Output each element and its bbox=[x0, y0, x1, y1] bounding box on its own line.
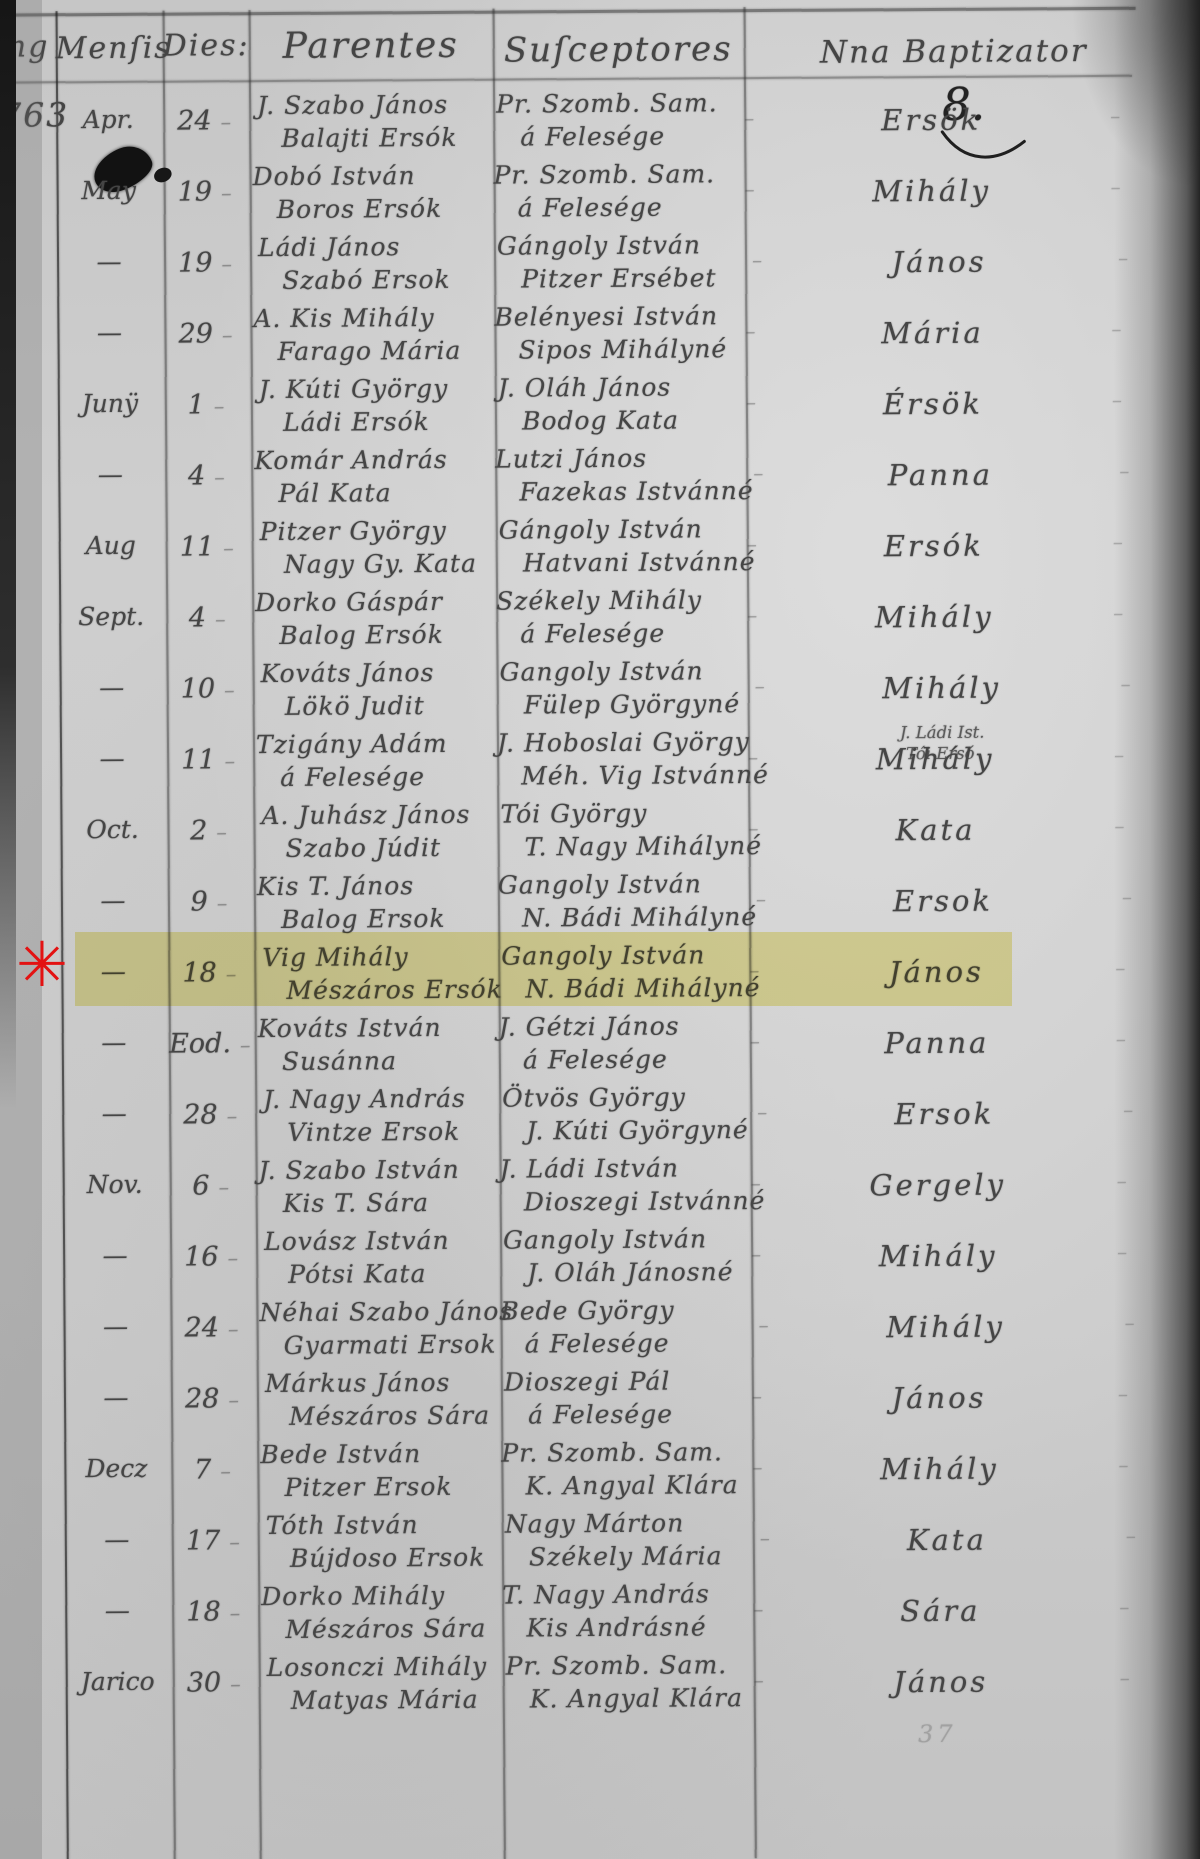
susceptores-line: T. Nagy András bbox=[502, 1577, 752, 1612]
table-row: Oct. 2 A. Juhász János Szabo Júdit Tói G… bbox=[60, 793, 1120, 869]
table-row: — 10 Kováts János Lökö Judit Gangoly Ist… bbox=[59, 651, 1119, 727]
susceptores-line: Méh. Vig Istvánné bbox=[497, 758, 747, 793]
register-page-scan: mg Menſis Dies: Parentes Suſceptores Nna… bbox=[0, 0, 1200, 1859]
parentes-line: Farago Mária bbox=[253, 334, 495, 368]
susceptores-cell: Bede György á Felesége bbox=[500, 1293, 750, 1361]
baptized-name-cell: Ersok bbox=[758, 883, 1128, 919]
susceptores-line: Belényesi István bbox=[494, 299, 744, 334]
parentes-line: Dorko Gáspár bbox=[255, 585, 497, 619]
day-cell: 7 bbox=[168, 1454, 256, 1486]
header-dies: Dies: bbox=[163, 28, 249, 64]
baptized-name-cell: Mihály bbox=[753, 1238, 1123, 1274]
susceptores-line: J. Oláh János bbox=[498, 370, 748, 405]
month-cell: — bbox=[65, 1525, 169, 1555]
parentes-cell: Kis T. János Balog Ersok bbox=[257, 869, 499, 936]
day-cell: 18 bbox=[169, 1596, 257, 1628]
susceptores-line: Gangoly István bbox=[499, 654, 749, 689]
susceptores-line: Nagy Márton bbox=[505, 1506, 755, 1541]
susceptores-line: Dioszegi Istvánné bbox=[500, 1184, 750, 1219]
table-row: — 19 Ládi János Szabó Ersok Gángoly Istv… bbox=[57, 225, 1117, 301]
susceptores-line: Ötvös György bbox=[502, 1080, 752, 1115]
month-cell: — bbox=[64, 1383, 168, 1413]
parentes-line: Szabó Ersok bbox=[258, 263, 500, 297]
parentes-line: Vintze Ersok bbox=[263, 1115, 505, 1149]
susceptores-line: Gangoly István bbox=[503, 1222, 753, 1257]
month-cell: — bbox=[60, 744, 164, 774]
susceptores-cell: Belényesi István Sipos Mihályné bbox=[494, 299, 744, 367]
parentes-line: Kis T. Sára bbox=[259, 1186, 501, 1220]
day-cell: 1 bbox=[162, 389, 250, 421]
month-cell: — bbox=[65, 1596, 169, 1626]
susceptores-line: Fazekas Istvánné bbox=[495, 474, 745, 509]
susceptores-cell: J. Oláh János Bodog Kata bbox=[498, 370, 748, 438]
month-cell: — bbox=[63, 1241, 167, 1271]
table-row: — 29 A. Kis Mihály Farago Mária Belényes… bbox=[57, 296, 1117, 372]
susceptores-cell: T. Nagy András Kis Andrásné bbox=[502, 1577, 752, 1645]
parentes-line: Pitzer György bbox=[260, 514, 502, 548]
susceptores-line: Fülep Györgyné bbox=[500, 687, 750, 722]
parentes-cell: A. Juhász János Szabo Júdit bbox=[261, 798, 503, 865]
susceptores-line: Dioszegi Pál bbox=[504, 1364, 754, 1399]
parentes-cell: Komár András Pál Kata bbox=[254, 443, 496, 510]
susceptores-line: Gángoly István bbox=[497, 228, 747, 263]
susceptores-cell: Pr. Szomb. Sam. á Felesége bbox=[496, 86, 746, 154]
day-cell: 24 bbox=[167, 1312, 255, 1344]
register-entries: Apr. 24 J. Szabo János Balajti Ersók Pr.… bbox=[0, 0, 1195, 4]
parentes-cell: A. Kis Mihály Farago Mária bbox=[253, 301, 495, 368]
month-cell: Nov. bbox=[63, 1170, 167, 1200]
day-cell: 6 bbox=[167, 1170, 255, 1202]
table-row: — 4 Komár András Pál Kata Lutzi János Fa… bbox=[58, 438, 1118, 514]
baptized-name-cell: Sára bbox=[755, 1593, 1125, 1629]
parentes-cell: Néhai Szabo János Gyarmati Ersok bbox=[259, 1295, 501, 1362]
parentes-line: Dorko Mihály bbox=[261, 1579, 503, 1613]
parentes-line: Balog Ersok bbox=[257, 902, 499, 936]
parentes-line: Ládi János bbox=[258, 230, 500, 264]
parentes-line: Matyas Mária bbox=[267, 1683, 509, 1717]
susceptores-line: Pr. Szomb. Sam. bbox=[501, 1435, 751, 1470]
book-binding-shadow bbox=[1114, 0, 1200, 1859]
day-cell: 28 bbox=[168, 1383, 256, 1415]
susceptores-line: K. Angyal Klára bbox=[501, 1468, 751, 1503]
parentes-cell: Dorko Gáspár Balog Ersók bbox=[255, 585, 497, 652]
baptized-name-cell: Mihály bbox=[757, 670, 1127, 706]
parentes-cell: J. Nagy András Vintze Ersok bbox=[263, 1082, 505, 1149]
day-cell: 17 bbox=[169, 1525, 257, 1557]
day-cell: 19 bbox=[161, 176, 249, 208]
susceptores-cell: Pr. Szomb. Sam. á Felesége bbox=[493, 157, 743, 225]
parentes-line: Szabo Júdit bbox=[262, 831, 504, 865]
parentes-line: Nagy Gy. Kata bbox=[260, 547, 502, 581]
parentes-cell: Dobó István Boros Ersók bbox=[252, 159, 494, 226]
parentes-line: A. Kis Mihály bbox=[253, 301, 495, 335]
baptized-name-cell: Ersok bbox=[759, 1096, 1129, 1132]
month-cell: Oct. bbox=[60, 815, 164, 845]
month-cell: Sept. bbox=[59, 602, 163, 632]
parentes-cell: Bede István Pitzer Ersok bbox=[260, 1437, 502, 1504]
susceptores-cell: J. Hoboslai György Méh. Vig Istvánné bbox=[497, 725, 747, 793]
month-cell: — bbox=[62, 1099, 166, 1129]
baptized-name-cell: Mihály bbox=[754, 1451, 1124, 1487]
baptized-name-cell: Panna bbox=[755, 457, 1125, 493]
susceptores-line: Székely Mária bbox=[505, 1539, 755, 1574]
day-cell: 16 bbox=[167, 1241, 255, 1273]
susceptores-cell: Dioszegi Pál á Felesége bbox=[504, 1364, 754, 1432]
parentes-cell: Ládi János Szabó Ersok bbox=[258, 230, 500, 297]
susceptores-cell: Pr. Szomb. Sam. K. Angyal Klára bbox=[506, 1648, 756, 1716]
baptized-name-cell: Panna bbox=[752, 1025, 1122, 1061]
parentes-line: Gyarmati Ersok bbox=[260, 1328, 502, 1362]
parentes-cell: Dorko Mihály Mészáros Sára bbox=[261, 1579, 503, 1646]
table-top-rule bbox=[0, 7, 1136, 17]
table-row: Decz 7 Bede István Pitzer Ersok Pr. Szom… bbox=[64, 1432, 1124, 1508]
parentes-line: Mészáros Sára bbox=[261, 1612, 503, 1646]
page-corner-shadow bbox=[1070, 0, 1200, 190]
susceptores-line: á Felesége bbox=[494, 190, 744, 225]
susceptores-cell: Gángoly István Pitzer Ersébet bbox=[497, 228, 747, 296]
parentes-cell: Lovász István Pótsi Kata bbox=[264, 1224, 506, 1291]
row-highlight bbox=[75, 932, 1012, 1006]
parentes-line: Losonczi Mihály bbox=[267, 1650, 509, 1684]
table-row: May 19 Dobó István Boros Ersók Pr. Szomb… bbox=[56, 154, 1116, 230]
parentes-line: A. Juhász János bbox=[261, 798, 503, 832]
susceptores-line: J. Gétzi János bbox=[499, 1009, 749, 1044]
parentes-line: Tzigány Adám bbox=[256, 727, 498, 761]
month-cell: Junÿ bbox=[58, 389, 162, 419]
parentes-line: J. Szabo János bbox=[257, 88, 499, 122]
parentes-line: Boros Ersók bbox=[253, 192, 495, 226]
month-cell: Apr. bbox=[56, 105, 160, 135]
day-cell: 19 bbox=[161, 247, 249, 279]
parentes-line: Ládi Ersók bbox=[259, 405, 501, 439]
table-row: Jarico 30 Losonczi Mihály Matyas Mária P… bbox=[66, 1645, 1126, 1721]
parentes-line: Néhai Szabo János bbox=[259, 1295, 501, 1329]
susceptores-line: K. Angyal Klára bbox=[506, 1681, 756, 1716]
parentes-cell: J. Szabo István Kis T. Sára bbox=[259, 1153, 501, 1220]
baptized-name-cell: Érsök bbox=[748, 386, 1118, 422]
susceptores-line: Lutzi János bbox=[495, 441, 745, 476]
month-cell: — bbox=[58, 460, 162, 490]
table-row: Sept. 4 Dorko Gáspár Balog Ersók Székely… bbox=[59, 580, 1119, 656]
susceptores-line: Gangoly István bbox=[498, 867, 748, 902]
scan-left-edge bbox=[0, 0, 16, 1110]
table-row: — 9 Kis T. János Balog Ersok Gangoly Ist… bbox=[61, 864, 1121, 940]
day-cell: 29 bbox=[161, 318, 249, 350]
scan-ink-layer: mg Menſis Dies: Parentes Suſceptores Nna… bbox=[0, 0, 1200, 1859]
table-row: — 16 Lovász István Pótsi Kata Gangoly Is… bbox=[63, 1219, 1123, 1295]
day-cell: 24 bbox=[160, 105, 248, 137]
month-cell: — bbox=[63, 1312, 167, 1342]
parentes-line: Pál Kata bbox=[254, 476, 496, 510]
parentes-line: Balajti Ersók bbox=[257, 121, 499, 155]
parentes-line: Lökö Judit bbox=[261, 689, 503, 723]
month-cell: May bbox=[57, 176, 161, 206]
baptized-name-cell: Mihály bbox=[749, 599, 1119, 635]
month-cell: Aug bbox=[59, 531, 163, 561]
highlight-marker-asterisk: ✳ bbox=[16, 934, 68, 996]
parentes-line: Dobó István bbox=[252, 159, 494, 193]
susceptores-line: Pitzer Ersébet bbox=[497, 261, 747, 296]
table-row: Nov. 6 J. Szabo István Kis T. Sára J. Lá… bbox=[62, 1148, 1122, 1224]
susceptores-line: á Felesége bbox=[501, 1326, 751, 1361]
parentes-line: Kováts István bbox=[258, 1011, 500, 1045]
parentes-cell: Tóth István Bújdoso Ersok bbox=[266, 1508, 508, 1575]
parentes-cell: J. Szabo János Balajti Ersók bbox=[257, 88, 499, 155]
susceptores-line: Bede György bbox=[500, 1293, 750, 1328]
parentes-line: Tóth István bbox=[266, 1508, 508, 1542]
parentes-line: Lovász István bbox=[264, 1224, 506, 1258]
baptized-name-cell: Gergely bbox=[753, 1167, 1123, 1203]
susceptores-line: Pr. Szomb. Sam. bbox=[506, 1648, 756, 1683]
susceptores-line: J. Oláh Jánosné bbox=[503, 1255, 753, 1290]
day-cell: 28 bbox=[166, 1099, 254, 1131]
table-row: Aug 11 Pitzer György Nagy Gy. Kata Gángo… bbox=[59, 509, 1119, 585]
day-cell: 11 bbox=[163, 531, 251, 563]
header-mensis: Menſis bbox=[56, 31, 163, 67]
day-cell: 2 bbox=[164, 815, 252, 847]
susceptores-line: á Felesége bbox=[496, 616, 746, 651]
table-row: — 18 Dorko Mihály Mészáros Sára T. Nagy … bbox=[65, 1574, 1125, 1650]
susceptores-line: Hatvani Istvánné bbox=[499, 545, 749, 580]
susceptores-cell: Gangoly István Fülep Györgyné bbox=[499, 654, 749, 722]
susceptores-line: J. Hoboslai György bbox=[497, 725, 747, 760]
parentes-line: Balog Ersók bbox=[255, 618, 497, 652]
susceptores-line: Pr. Szomb. Sam. bbox=[496, 86, 746, 121]
day-cell: Eod. bbox=[166, 1028, 254, 1060]
month-cell: Decz bbox=[64, 1454, 168, 1484]
baptized-name-cell: János bbox=[754, 1380, 1124, 1416]
susceptores-cell: Lutzi János Fazekas Istvánné bbox=[495, 441, 745, 509]
baptized-name-cell: Ersök bbox=[746, 102, 1116, 138]
parentes-cell: Pitzer György Nagy Gy. Kata bbox=[260, 514, 502, 581]
month-cell: — bbox=[57, 318, 161, 348]
month-cell: — bbox=[57, 247, 161, 277]
baptized-name-cell: Kata bbox=[750, 812, 1120, 848]
susceptores-line: Sipos Mihályné bbox=[494, 332, 744, 367]
susceptores-line: J. Kúti Györgyné bbox=[502, 1113, 752, 1148]
table-row: Junÿ 1 J. Kúti György Ládi Ersók J. Oláh… bbox=[58, 367, 1118, 443]
table-row: — 24 Néhai Szabo János Gyarmati Ersok Be… bbox=[63, 1290, 1123, 1366]
parentes-line: J. Nagy András bbox=[263, 1082, 505, 1116]
susceptores-line: Gángoly István bbox=[499, 512, 749, 547]
parentes-line: Pótsi Kata bbox=[264, 1257, 506, 1291]
baptized-name-cell: János bbox=[754, 244, 1124, 280]
parentes-cell: Tzigány Adám á Felesége bbox=[256, 727, 498, 794]
baptized-name-cell: Mihály bbox=[747, 173, 1117, 209]
day-cell: 11 bbox=[164, 744, 252, 776]
parentes-cell: Kováts János Lökö Judit bbox=[260, 656, 502, 723]
susceptores-cell: J. Gétzi János á Felesége bbox=[499, 1009, 749, 1077]
parentes-line: Komár András bbox=[254, 443, 496, 477]
day-cell: 4 bbox=[162, 460, 250, 492]
susceptores-cell: Pr. Szomb. Sam. K. Angyal Klára bbox=[501, 1435, 751, 1503]
susceptores-line: Pr. Szomb. Sam. bbox=[493, 157, 743, 192]
parentes-line: J. Szabo István bbox=[259, 1153, 501, 1187]
susceptores-line: Kis Andrásné bbox=[502, 1610, 752, 1645]
susceptores-line: á Felesége bbox=[499, 1042, 749, 1077]
table-row: — 11 Tzigány Adám á Felesége J. Hoboslai… bbox=[60, 722, 1120, 798]
baptized-name-cell: Kata bbox=[762, 1522, 1132, 1558]
susceptores-cell: Gangoly István N. Bádi Mihályné bbox=[498, 867, 748, 935]
header-parentes: Parentes bbox=[249, 25, 493, 67]
day-cell: 4 bbox=[163, 602, 251, 634]
parentes-cell: Kováts István Susánna bbox=[258, 1011, 500, 1078]
susceptores-line: J. Ládi István bbox=[499, 1151, 749, 1186]
baptized-name-cell: Mihály bbox=[750, 741, 1120, 777]
day-cell: 30 bbox=[170, 1667, 258, 1699]
month-cell: — bbox=[61, 886, 165, 916]
susceptores-line: Tói György bbox=[500, 796, 750, 831]
parentes-line: Mészáros Sára bbox=[265, 1399, 507, 1433]
parentes-cell: Márkus János Mészáros Sára bbox=[265, 1366, 507, 1433]
parentes-line: á Felesége bbox=[256, 760, 498, 794]
susceptores-cell: Nagy Márton Székely Mária bbox=[505, 1506, 755, 1574]
parentes-cell: J. Kúti György Ládi Ersók bbox=[259, 372, 501, 439]
susceptores-line: Bodog Kata bbox=[498, 403, 748, 438]
parentes-line: Kováts János bbox=[260, 656, 502, 690]
table-row: — Eod. Kováts István Susánna J. Gétzi Já… bbox=[62, 1006, 1122, 1082]
susceptores-cell: J. Ládi István Dioszegi Istvánné bbox=[499, 1151, 749, 1219]
parentes-line: Márkus János bbox=[265, 1366, 507, 1400]
header-susceptores: Suſceptores bbox=[493, 29, 744, 71]
table-row: — 28 Márkus János Mészáros Sára Dioszegi… bbox=[64, 1361, 1124, 1437]
month-cell: — bbox=[60, 673, 164, 703]
parentes-line: Bújdoso Ersok bbox=[266, 1541, 508, 1575]
susceptores-line: á Felesége bbox=[504, 1397, 754, 1432]
susceptores-cell: Székely Mihály á Felesége bbox=[496, 583, 746, 651]
month-cell: Jarico bbox=[66, 1667, 170, 1697]
day-cell: 9 bbox=[165, 886, 253, 918]
parentes-line: J. Kúti György bbox=[259, 372, 501, 406]
table-row: — 17 Tóth István Bújdoso Ersok Nagy Márt… bbox=[65, 1503, 1125, 1579]
parentes-line: Susánna bbox=[258, 1044, 500, 1078]
susceptores-cell: Gangoly István J. Oláh Jánosné bbox=[503, 1222, 753, 1290]
susceptores-cell: Ötvös György J. Kúti Györgyné bbox=[502, 1080, 752, 1148]
month-cell: — bbox=[62, 1028, 166, 1058]
parentes-cell: Losonczi Mihály Matyas Mária bbox=[267, 1650, 509, 1717]
susceptores-cell: Tói György T. Nagy Mihályné bbox=[500, 796, 750, 864]
parentes-line: Kis T. János bbox=[257, 869, 499, 903]
footer-mark: 37 bbox=[918, 1720, 957, 1748]
baptized-name-cell: Mária bbox=[747, 315, 1117, 351]
baptized-name-cell: Ersók bbox=[749, 528, 1119, 564]
susceptores-line: á Felesége bbox=[496, 119, 746, 154]
susceptores-line: T. Nagy Mihályné bbox=[501, 829, 751, 864]
baptized-name-cell: Mihály bbox=[760, 1309, 1130, 1345]
parentes-line: Pitzer Ersok bbox=[260, 1470, 502, 1504]
susceptores-line: Székely Mihály bbox=[496, 583, 746, 618]
susceptores-cell: Gángoly István Hatvani Istvánné bbox=[499, 512, 749, 580]
day-cell: 10 bbox=[164, 673, 252, 705]
table-row: Apr. 24 J. Szabo János Balajti Ersók Pr.… bbox=[56, 83, 1116, 159]
susceptores-line: N. Bádi Mihályné bbox=[498, 900, 748, 935]
baptized-name-cell: János bbox=[756, 1664, 1126, 1700]
table-row: — 28 J. Nagy András Vintze Ersok Ötvös G… bbox=[62, 1077, 1122, 1153]
parentes-line: Bede István bbox=[260, 1437, 502, 1471]
